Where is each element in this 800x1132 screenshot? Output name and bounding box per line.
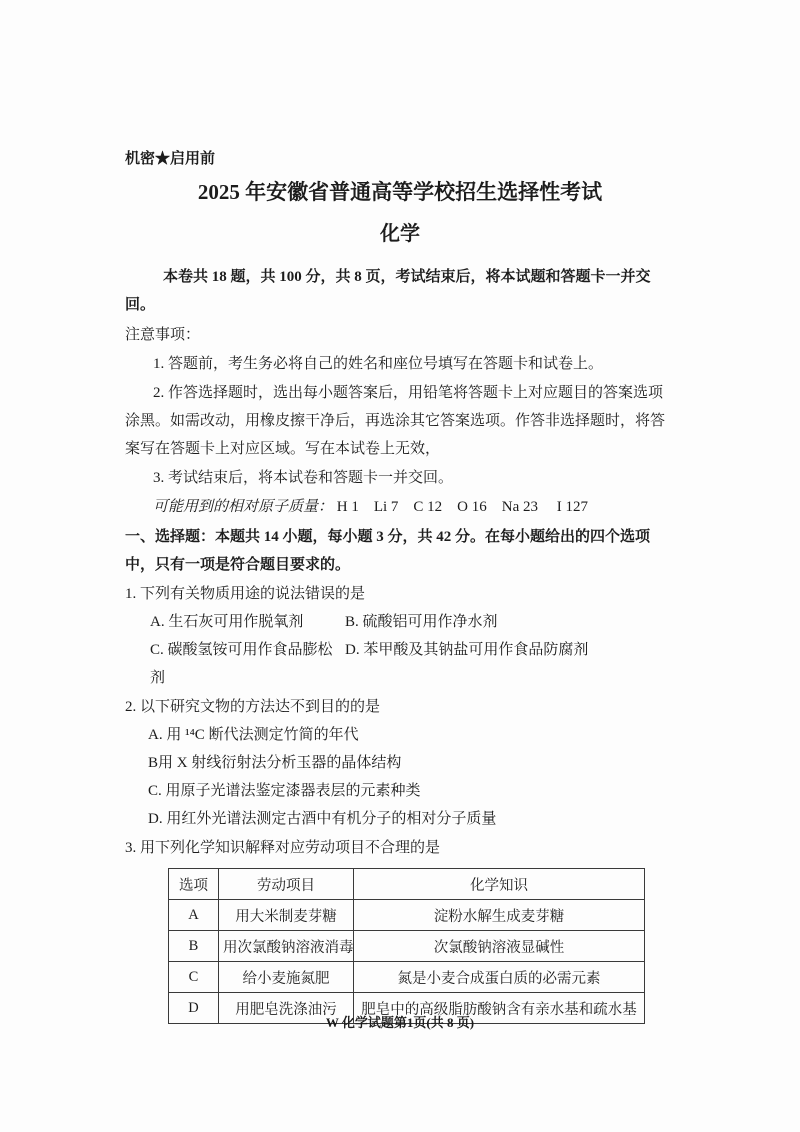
table-cell: 用次氯酸钠溶液消毒 [219, 931, 354, 962]
question-3-table: 选项 劳动项目 化学知识 A 用大米制麦芽糖 淀粉水解生成麦芽糖 B 用次氯酸钠… [168, 868, 645, 1024]
table-header-labor: 劳动项目 [219, 869, 354, 900]
note-item-3: 3. 考试结束后，将本试卷和答题卡一并交回。 [125, 464, 675, 492]
security-notice: 机密★启用前 [125, 148, 675, 170]
exam-summary: 本卷共 18 题，共 100 分，共 8 页，考试结束后，将本试题和答题卡一并交… [125, 263, 675, 319]
exam-title: 2025 年安徽省普通高等学校招生选择性考试 [125, 178, 675, 206]
note-item-1: 1. 答题前，考生务必将自己的姓名和座位号填写在答题卡和试卷上。 [125, 350, 675, 378]
atomic-mass-line: 可能用到的相对原子质量： H 1 Li 7 C 12 O 16 Na 23 I … [125, 493, 675, 521]
question-2-stem: 2. 以下研究文物的方法达不到目的的是 [125, 693, 675, 721]
option: D. 苯甲酸及其钠盐可用作食品防腐剂 [345, 636, 675, 692]
question-2-options: A. 用 ¹⁴C 断代法测定竹简的年代 B用 X 射线衍射法分析玉器的晶体结构 … [125, 721, 675, 833]
table-row: B 用次氯酸钠溶液消毒 次氯酸钠溶液显碱性 [169, 931, 645, 962]
atomic-mass-label: 可能用到的相对原子质量： [153, 499, 333, 515]
note-item-2: 2. 作答选择题时，选出每小题答案后，用铅笔将答题卡上对应题目的答案选项涂黑。如… [125, 379, 675, 463]
option: A. 生石灰可用作脱氧剂 [150, 608, 345, 636]
table-cell: 用大米制麦芽糖 [219, 900, 354, 931]
option: C. 碳酸氢铵可用作食品膨松剂 [150, 636, 345, 692]
table-cell: A [169, 900, 219, 931]
exam-paper-page: 机密★启用前 2025 年安徽省普通高等学校招生选择性考试 化学 本卷共 18 … [0, 0, 800, 1132]
table-cell: 次氯酸钠溶液显碱性 [354, 931, 645, 962]
section-one-heading: 一、选择题：本题共 14 小题，每小题 3 分，共 42 分。在每小题给出的四个… [125, 523, 675, 579]
table-cell: B [169, 931, 219, 962]
option: B. 硫酸铝可用作净水剂 [345, 608, 675, 636]
question-3-stem: 3. 用下列化学知识解释对应劳动项目不合理的是 [125, 834, 675, 862]
table-header-option: 选项 [169, 869, 219, 900]
exam-subject: 化学 [125, 220, 675, 248]
question-1-stem: 1. 下列有关物质用途的说法错误的是 [125, 580, 675, 608]
table-cell: 氮是小麦合成蛋白质的必需元素 [354, 962, 645, 993]
table-header-row: 选项 劳动项目 化学知识 [169, 869, 645, 900]
option: A. 用 ¹⁴C 断代法测定竹简的年代 [148, 721, 675, 749]
atomic-mass-values: H 1 Li 7 C 12 O 16 Na 23 I 127 [337, 499, 588, 515]
table-row: C 给小麦施氮肥 氮是小麦合成蛋白质的必需元素 [169, 962, 645, 993]
question-1-options: A. 生石灰可用作脱氧剂 B. 硫酸铝可用作净水剂 C. 碳酸氢铵可用作食品膨松… [125, 608, 675, 692]
table-cell: 给小麦施氮肥 [219, 962, 354, 993]
table-cell: 淀粉水解生成麦芽糖 [354, 900, 645, 931]
table-header-knowledge: 化学知识 [354, 869, 645, 900]
option: C. 用原子光谱法鉴定漆器表层的元素种类 [148, 777, 675, 805]
table-row: A 用大米制麦芽糖 淀粉水解生成麦芽糖 [169, 900, 645, 931]
option: D. 用红外光谱法测定古酒中有机分子的相对分子质量 [148, 805, 675, 833]
option: B用 X 射线衍射法分析玉器的晶体结构 [148, 749, 675, 777]
page-footer: W 化学试题第1页(共 8 页) [0, 1012, 800, 1031]
notes-heading: 注意事项： [125, 321, 675, 349]
table-cell: C [169, 962, 219, 993]
